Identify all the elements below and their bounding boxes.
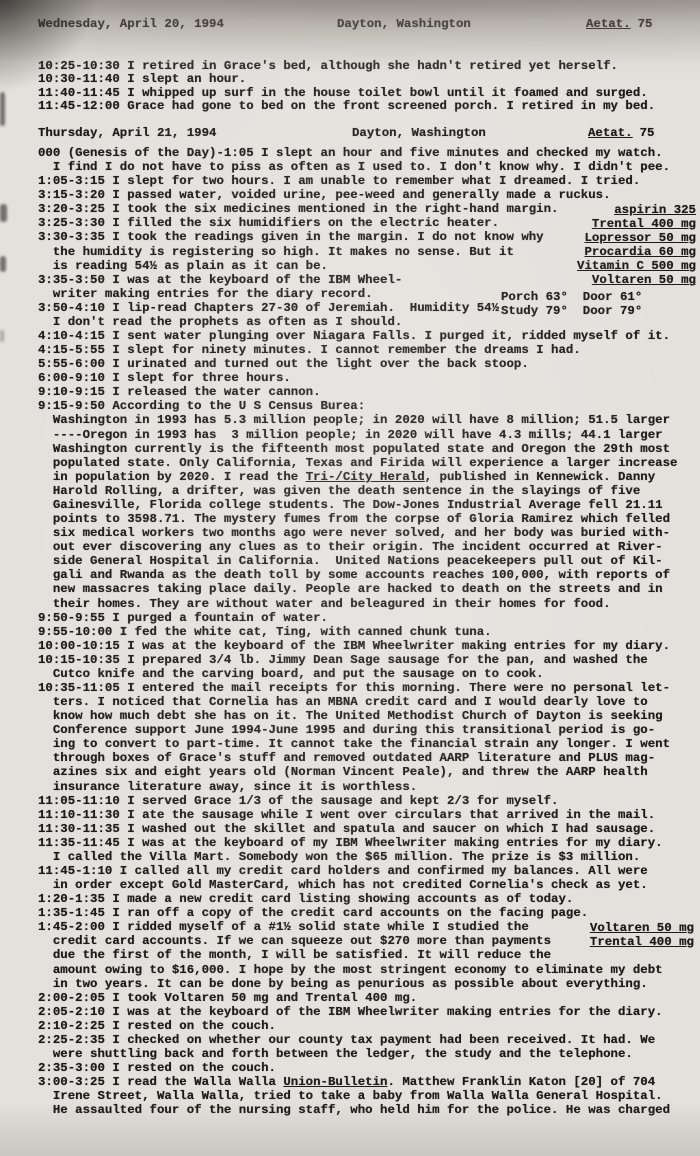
header-location: Dayton, Washington <box>352 126 486 140</box>
diary-line: 9:15-9:50 According to the U S Census Bu… <box>38 399 677 413</box>
diary-line: 1:45-2:00 I ridded myself of a #1½ solid… <box>38 920 677 934</box>
diary-line: ----Oregon in 1993 has 3 million people;… <box>38 428 677 442</box>
diary-line: gali and Rwanda as the death toll by som… <box>38 568 677 582</box>
medication-item: Voltaren 50 mg <box>577 273 696 287</box>
diary-line: Gainesville, Florida college students. T… <box>38 498 677 512</box>
aetat-label: Aetat. <box>588 126 633 140</box>
diary-line: 9:50-9:55 I purged a fountain of water. <box>38 611 677 625</box>
diary-line: new massacres taking place daily. People… <box>38 582 677 596</box>
page-header-april-21: Thursday, April 21, 1994 Dayton, Washing… <box>0 126 700 142</box>
medication-item: Trental 400 mg <box>577 217 696 231</box>
diary-line: 10:25-10:30 I retired in Grace's bed, al… <box>38 60 655 73</box>
diary-line: amount owing to $16,000. I hope by the m… <box>38 963 677 977</box>
diary-line: through boxes of Grace's stuff and remov… <box>38 751 677 765</box>
diary-line: 1:05-3:15 I slept for two hours. I am un… <box>38 174 677 188</box>
diary-line: 11:10-11:30 I ate the sausage while I we… <box>38 808 677 822</box>
diary-line: credit card accounts. If we can squeeze … <box>38 934 677 948</box>
medication-item: Procardia 60 mg <box>577 245 696 259</box>
diary-line: 11:45-1:10 I called all my credit card h… <box>38 864 677 878</box>
scanned-diary-page: Wednesday, April 20, 1994 Dayton, Washin… <box>0 0 700 1156</box>
diary-line: I called the Villa Mart. Somebody won th… <box>38 850 677 864</box>
header-aetat: Aetat.75 <box>586 17 653 31</box>
diary-line: Harold Rolling, a drifter, was given the… <box>38 484 677 498</box>
aetat-label: Aetat. <box>586 17 631 31</box>
diary-line: azines six and eight years old (Norman V… <box>38 765 677 779</box>
medication-item: Voltaren 50 mg <box>590 921 694 935</box>
diary-line: 4:15-5:55 I slept for ninety minutes. I … <box>38 343 677 357</box>
medication-margin-notes: aspirin 325Trental 400 mgLopressor 50 mg… <box>577 203 696 287</box>
medication-item: Trental 400 mg <box>590 935 694 949</box>
diary-line: 3:00-3:25 I read the Walla Walla Union-B… <box>38 1075 677 1089</box>
diary-line: 10:00-10:15 I was at the keyboard of the… <box>38 639 677 653</box>
diary-line: 11:05-11:10 I served Grace 1/3 of the sa… <box>38 794 677 808</box>
diary-line: 2:35-3:00 I rested on the couch. <box>38 1061 677 1075</box>
diary-line: 9:55-10:00 I fed the white cat, Ting, wi… <box>38 625 677 639</box>
diary-line: He assaulted four of the nursing staff, … <box>38 1103 677 1117</box>
diary-line: 2:10-2:25 I rested on the couch. <box>38 1019 677 1033</box>
diary-line: ing to convert to part-time. It cannot t… <box>38 737 677 751</box>
diary-line: Washington currently is the fifteenth mo… <box>38 442 677 456</box>
scan-streak <box>0 330 4 342</box>
reading-line: Study 79° Door 79° <box>501 305 642 319</box>
diary-line: six medical workers two months ago were … <box>38 526 677 540</box>
diary-line: 10:15-10:35 I prepared 3/4 lb. Jimmy Dea… <box>38 653 677 667</box>
diary-line: 000 (Genesis of the Day)-1:05 I slept an… <box>38 146 677 160</box>
diary-line: I find I do not have to piss as often as… <box>38 160 677 174</box>
diary-line: out ever discovering any clues as to the… <box>38 540 677 554</box>
diary-line: points to 3598.71. The mystery fumes fro… <box>38 512 677 526</box>
scan-streak <box>0 92 5 126</box>
diary-line: insurance literature away, since it is w… <box>38 780 677 794</box>
diary-line: in order except Gold MasterCard, which h… <box>38 878 677 892</box>
diary-line: ters. I noticed that Cornelia has an MBN… <box>38 695 677 709</box>
temperature-readings: Porch 63° Door 61°Study 79° Door 79° <box>501 291 642 318</box>
diary-line: 11:30-11:35 I washed out the skillet and… <box>38 822 677 836</box>
diary-line: were shuttling back and forth between th… <box>38 1047 677 1061</box>
reading-line: Porch 63° Door 61° <box>501 291 642 305</box>
medication-margin-notes-2: Voltaren 50 mgTrental 400 mg <box>590 921 694 949</box>
diary-line: 2:05-2:10 I was at the keyboard of the I… <box>38 1005 677 1019</box>
diary-line: 11:45-12:00 Grace had gone to bed on the… <box>38 100 655 113</box>
diary-line: in population by 2020. I read the Tri-/C… <box>38 470 677 484</box>
diary-line: 3:15-3:20 I passed water, voided urine, … <box>38 188 677 202</box>
diary-line: Washington in 1993 has 5.3 million peopl… <box>38 413 677 427</box>
diary-line: 4:10-4:15 I sent water plunging over Nia… <box>38 329 677 343</box>
medication-item: aspirin 325 <box>577 203 696 217</box>
aetat-value: 75 <box>640 126 655 140</box>
scan-streak <box>0 256 6 272</box>
diary-line: 1:20-1:35 I made a new credit card listi… <box>38 892 677 906</box>
diary-line: in two years. It can be done by being as… <box>38 977 677 991</box>
page-header-april-20: Wednesday, April 20, 1994 Dayton, Washin… <box>0 17 700 33</box>
diary-line: 11:40-11:45 I whipped up surf in the hou… <box>38 87 655 100</box>
diary-line: due the first of the month, I will be sa… <box>38 948 677 962</box>
diary-line: 2:25-2:35 I checked on whether our count… <box>38 1033 677 1047</box>
diary-line: 2:00-2:05 I took Voltaren 50 mg and Tren… <box>38 991 677 1005</box>
header-location: Dayton, Washington <box>337 17 471 31</box>
diary-line: populated state. Only California, Texas … <box>38 456 677 470</box>
diary-line: 9:10-9:15 I released the water cannon. <box>38 385 677 399</box>
diary-line: their homes. They are without water and … <box>38 597 677 611</box>
diary-line: 5:55-6:00 I urinated and turned out the … <box>38 357 677 371</box>
diary-line: 10:35-11:05 I entered the mail receipts … <box>38 681 677 695</box>
scan-streak <box>0 204 7 222</box>
diary-line: Cutco knife and the carving board, and p… <box>38 667 677 681</box>
header-date: Wednesday, April 20, 1994 <box>38 17 224 31</box>
medication-item: Vitamin C 500 mg <box>577 259 696 273</box>
diary-line: Conference support June 1994-June 1995 a… <box>38 723 677 737</box>
medication-item: Lopressor 50 mg <box>577 231 696 245</box>
diary-entries-april-20: 10:25-10:30 I retired in Grace's bed, al… <box>38 60 655 114</box>
diary-line: 11:35-11:45 I was at the keyboard of my … <box>38 836 677 850</box>
diary-line: know how much debt she has on it. The Un… <box>38 709 677 723</box>
diary-line: 10:30-11:40 I slept an hour. <box>38 73 655 86</box>
aetat-value: 75 <box>638 17 653 31</box>
header-date: Thursday, April 21, 1994 <box>38 126 216 140</box>
diary-line: Irene Street, Walla Walla, tried to take… <box>38 1089 677 1103</box>
diary-line: 1:35-1:45 I ran off a copy of the credit… <box>38 906 677 920</box>
diary-line: side General Hospital in California. Uni… <box>38 554 677 568</box>
diary-line: 6:00-9:10 I slept for three hours. <box>38 371 677 385</box>
header-aetat: Aetat.75 <box>588 126 655 140</box>
